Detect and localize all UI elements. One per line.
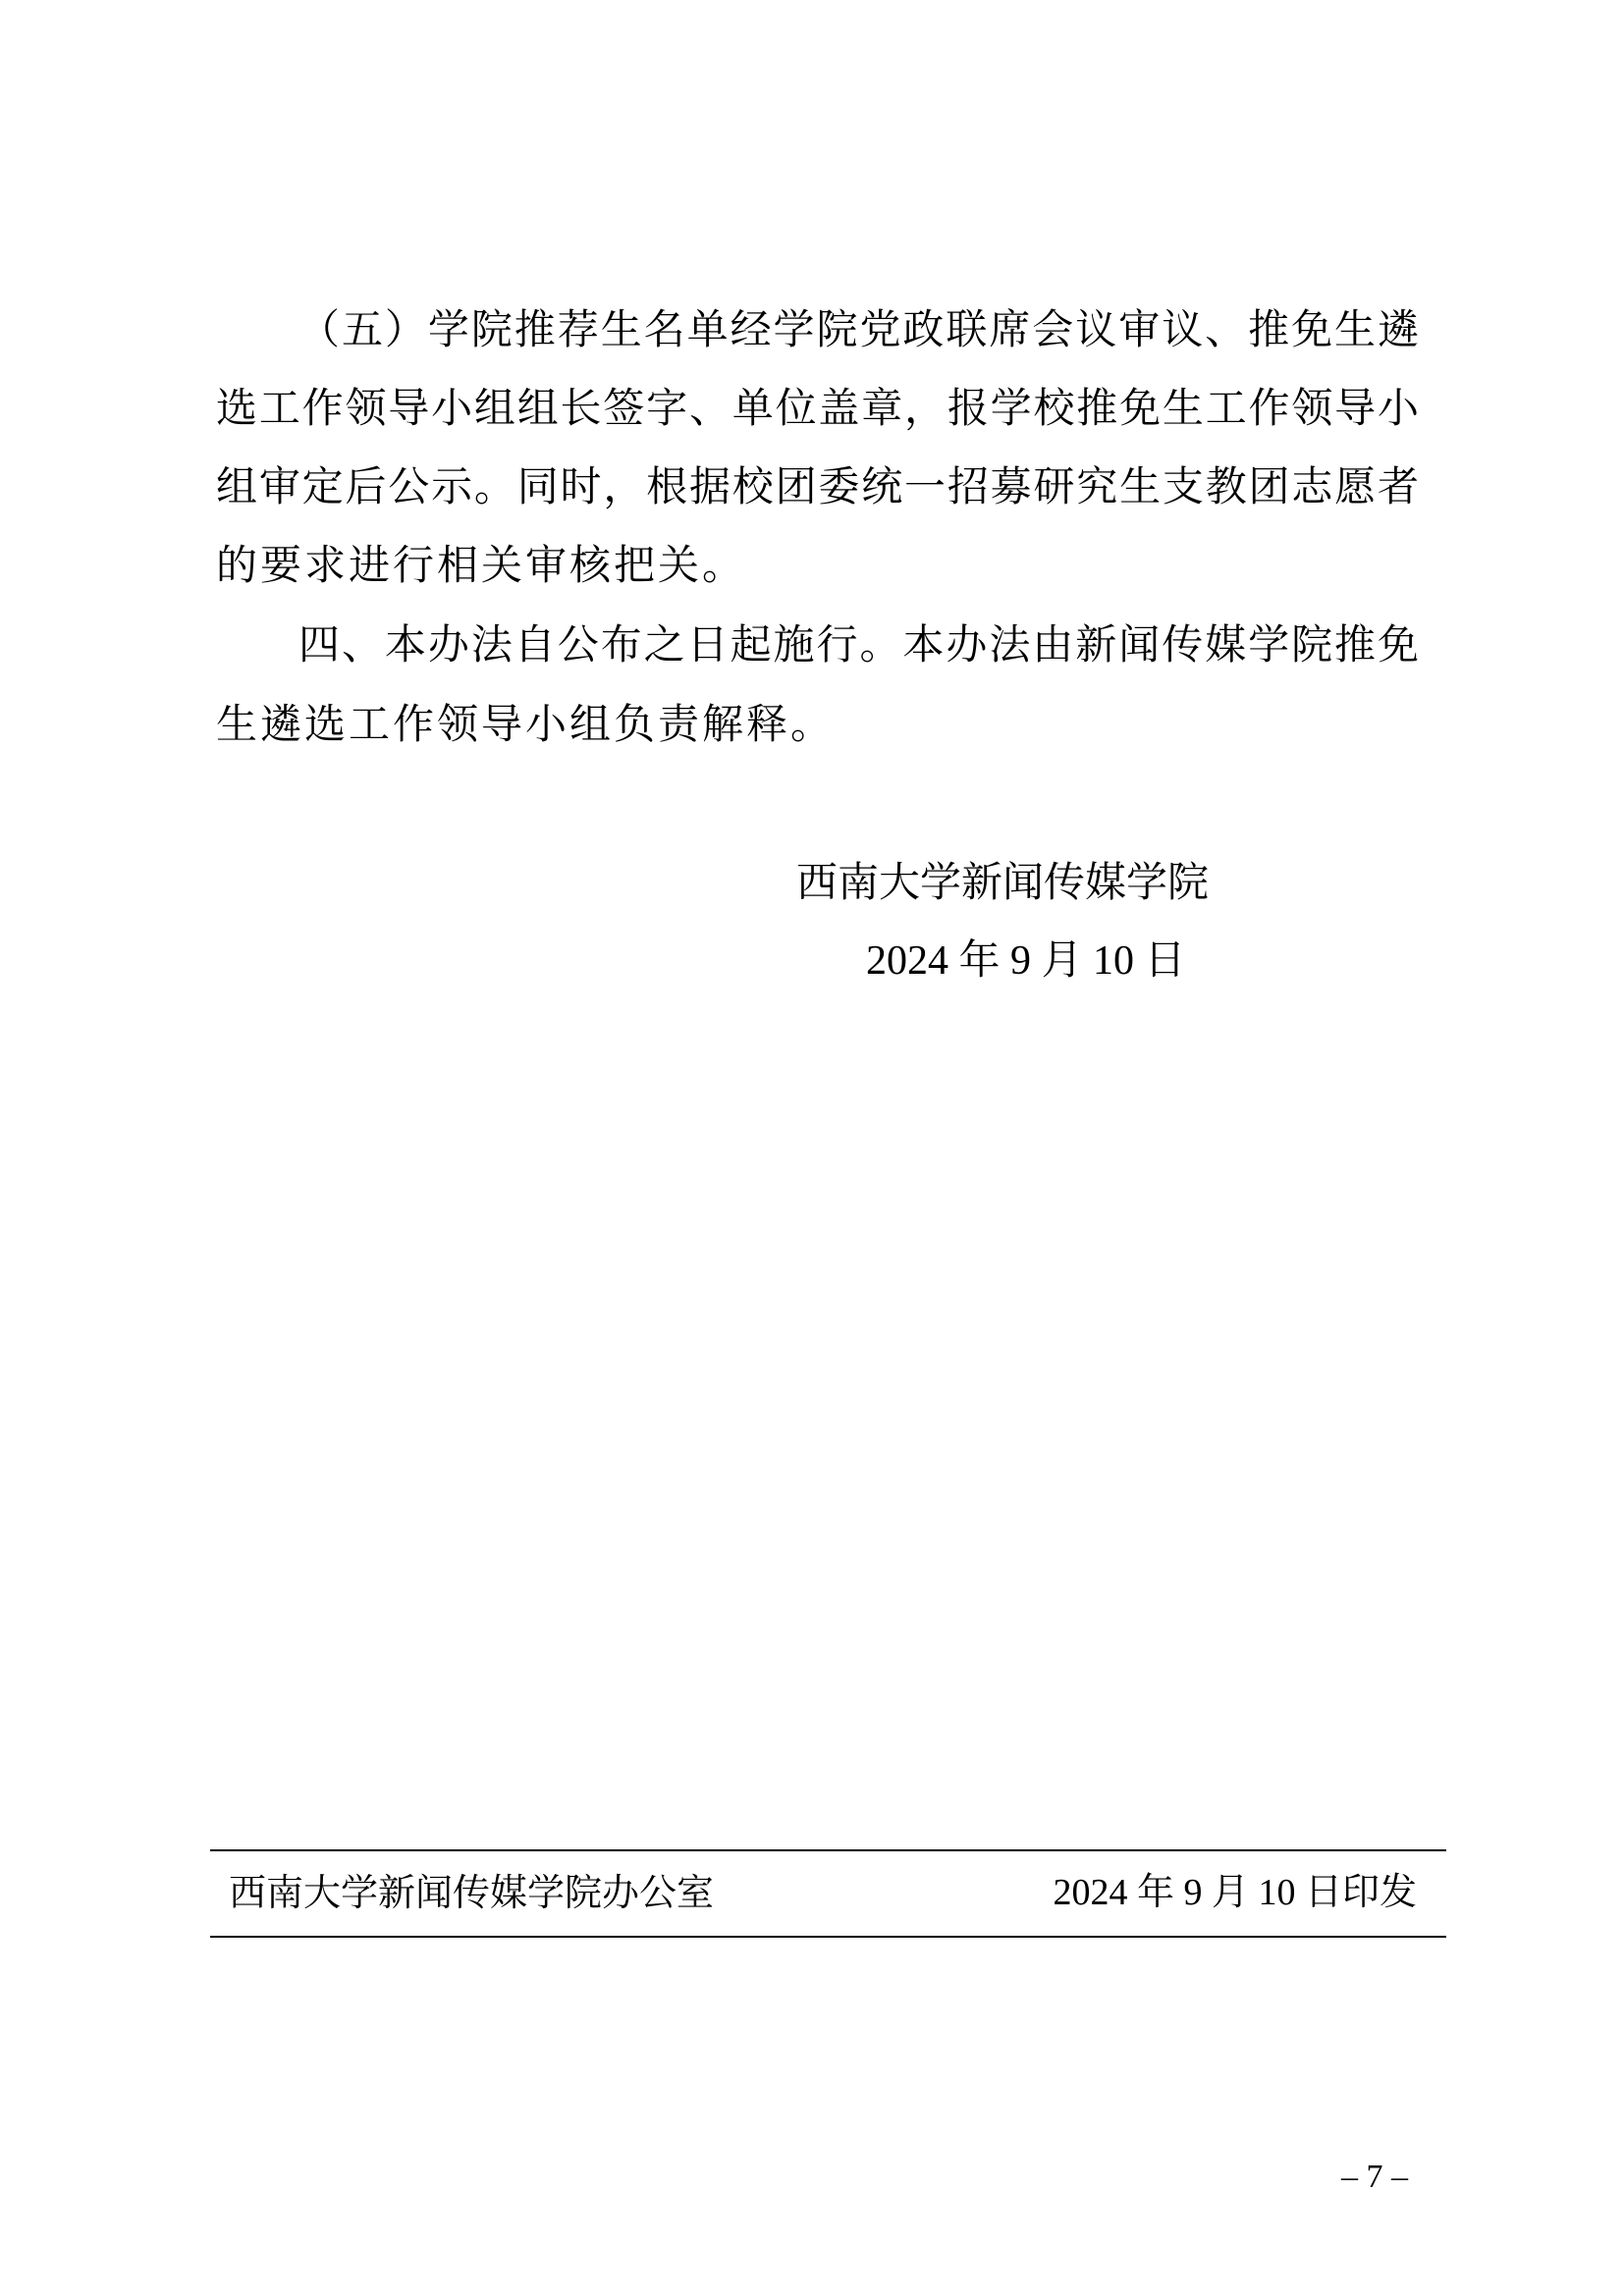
paragraph-5-line-3: 组审定后公示。同时，根据校团委统一招募研究生支教团志愿者 bbox=[216, 463, 1419, 510]
signature-organization: 西南大学新闻传媒学院 bbox=[796, 859, 1209, 906]
footer-issue-date: 2024 年 9 月 10 日印发 bbox=[1053, 1871, 1417, 1914]
footer-bottom-rule bbox=[210, 1936, 1446, 1938]
article-4-line-1: 四、本办法自公布之日起施行。本办法由新闻传媒学院推免 bbox=[216, 621, 1419, 668]
article-4-line-2: 生遴选工作领导小组负责解释。 bbox=[216, 701, 1419, 748]
paragraph-5-line-1: （五）学院推荐生名单经学院党政联席会议审议、推免生遴 bbox=[216, 306, 1419, 353]
paragraph-5-line-4: 的要求进行相关审核把关。 bbox=[216, 542, 1419, 589]
footer-issuer: 西南大学新闻传媒学院办公室 bbox=[229, 1871, 714, 1914]
footer-top-rule bbox=[210, 1849, 1446, 1851]
page-number: – 7 – bbox=[1326, 2158, 1424, 2197]
document-page: （五）学院推荐生名单经学院党政联席会议审议、推免生遴 选工作领导小组组长签字、单… bbox=[0, 0, 1624, 2296]
signature-date: 2024 年 9 月 10 日 bbox=[866, 937, 1186, 985]
paragraph-5-line-2: 选工作领导小组组长签字、单位盖章，报学校推免生工作领导小 bbox=[216, 385, 1419, 432]
